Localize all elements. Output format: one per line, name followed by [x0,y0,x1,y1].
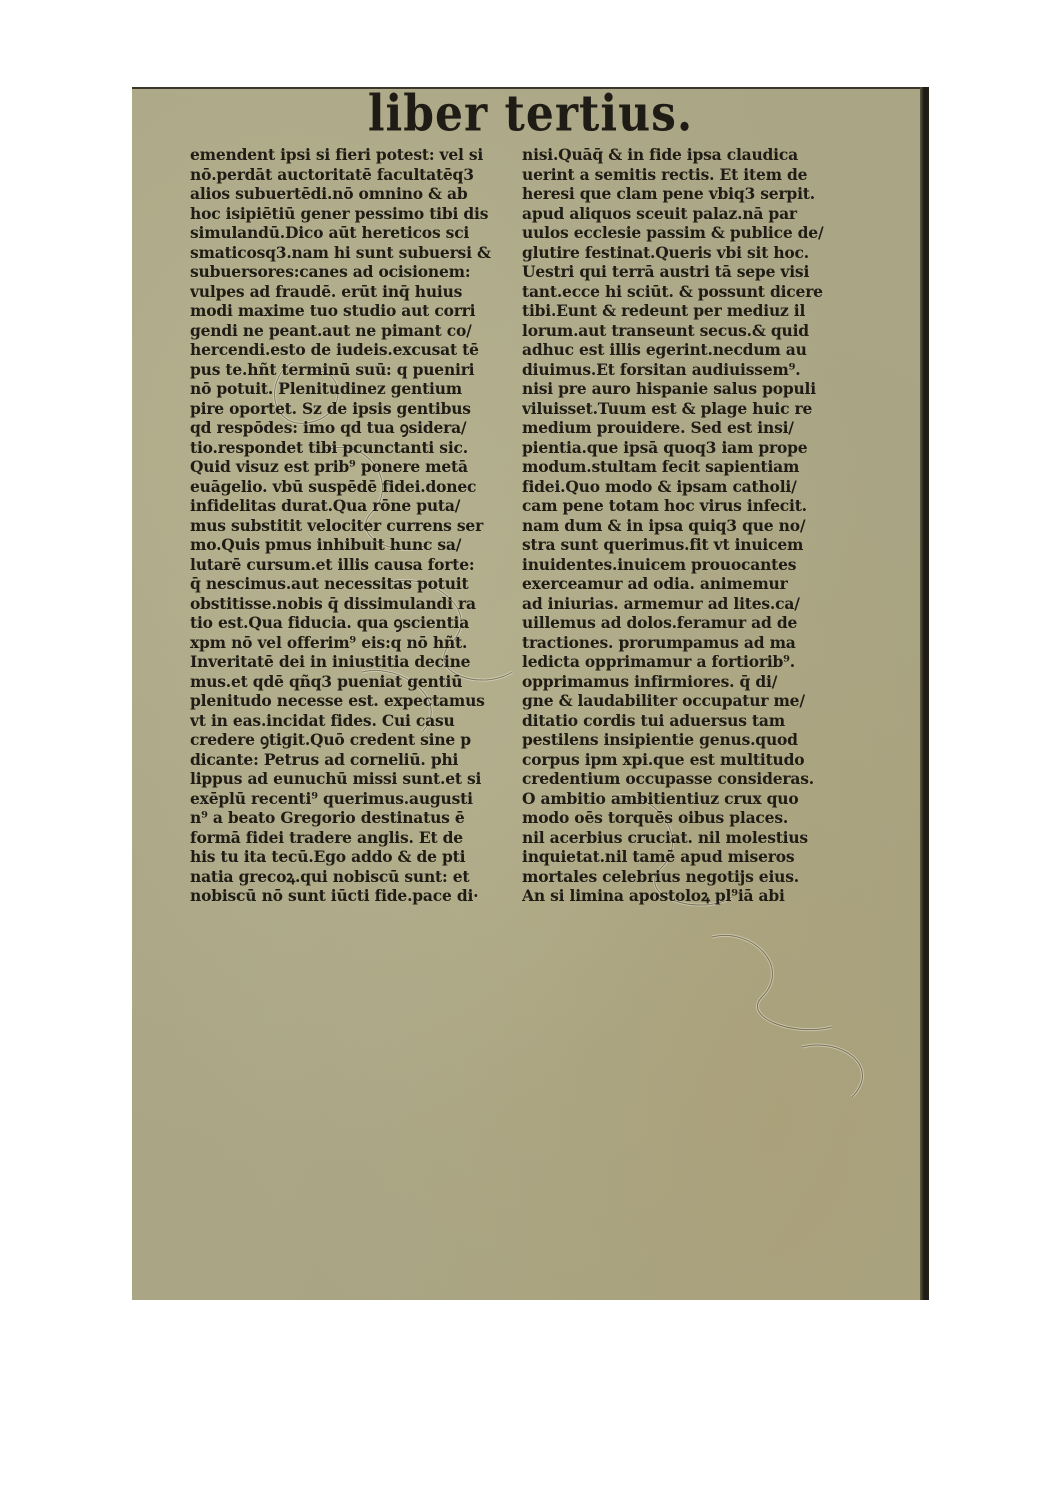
text-line: lorum.aut transeunt secus.& quid [522,321,852,341]
text-line: formā fidei tradere anglis. Et de [190,828,520,848]
text-line: obstitisse.nobis q̄ dissimulandi ra [190,594,520,614]
text-line: modo oēs torquēs oibus places. [522,808,852,828]
text-line: tractiones. prorumpamus ad ma [522,633,852,653]
text-line: euāgelio. vbū suspēdē fidei.donec [190,477,520,497]
text-line: simulandū.Dico aūt hereticos sci [190,223,520,243]
text-line: pire oportet. Sz de ipsis gentibus [190,399,520,419]
text-line: ditatio cordis tui aduersus tam [522,711,852,731]
text-line: n⁹ a beato Gregorio destinatus ē [190,808,520,828]
text-line: modi maxime tuo studio aut corri [190,301,520,321]
text-line: vt in eas.incidat fides. Cui casu [190,711,520,731]
text-line: pientia.que ipsā quoq3 iam prope [522,438,852,458]
text-line: nobiscū nō sunt iūcti fide.pace di· [190,886,520,906]
text-line: his tu ita tecū.Ego addo & de pti [190,847,520,867]
text-line: smaticosq3.nam hi sunt subuersi & [190,243,520,263]
text-line: fidei.Quo modo & ipsam catholi/ [522,477,852,497]
text-line: nam dum & in ipsa quiq3 que no/ [522,516,852,536]
text-line: apud aliquos sceuit palaz.nā par [522,204,852,224]
text-line: viluisset.Tuum est & plage huic re [522,399,852,419]
text-line: exerceamur ad odia. animemur [522,574,852,594]
text-line: An si limina apostoloꝝ pl⁹iā abi [522,886,852,906]
text-line: mus.et qdē qñq3 pueniat gentiū [190,672,520,692]
text-line: Inveritatē dei in iniustitia decine [190,652,520,672]
text-line: plenitudo necesse est. expectamus [190,691,520,711]
text-line: lippus ad eunuchū missi sunt.et si [190,769,520,789]
running-title: liber tertius. [132,87,929,143]
text-line: hercendi.esto de iudeis.excusat tē [190,340,520,360]
text-column-left: emendent ipsi si fieri potest: vel si nō… [190,145,520,906]
text-line: nō potuit. Plenitudinez gentium [190,379,520,399]
text-line: adhuc est illis egerint.necdum au [522,340,852,360]
text-line: heresi que clam pene vbiq3 serpit. [522,184,852,204]
text-line: mortales celebrius negotijs eius. [522,867,852,887]
text-line: nisi pre auro hispanie salus populi [522,379,852,399]
text-line: vulpes ad fraudē. erūt inq̄ huius [190,282,520,302]
text-line: credere ꝯtigit.Quō credent sine p [190,730,520,750]
text-line: xpm nō vel offerim⁹ eis:q nō hñt. [190,633,520,653]
text-line: inquietat.nil tamē apud miseros [522,847,852,867]
text-line: gne & laudabiliter occupatur me/ [522,691,852,711]
page-binding-edge [920,87,929,1300]
text-line: pus te.hñt terminū suū: q pueniri [190,360,520,380]
text-column-right: nisi.Quāq̄ & in fide ipsa claudica uerin… [522,145,852,906]
text-line: modum.stultam fecit sapientiam [522,457,852,477]
text-line: uillemus ad dolos.feramur ad de [522,613,852,633]
text-line: cam pene totam hoc virus infecit. [522,496,852,516]
text-line: lutarē cursum.et illis causa forte: [190,555,520,575]
text-line: stra sunt querimus.fit vt inuicem [522,535,852,555]
text-line: Quid visuz est prib⁹ ponere metā [190,457,520,477]
text-line: credentium occupasse consideras. [522,769,852,789]
text-line: ledicta opprimamur a fortiorib⁹. [522,652,852,672]
text-line: ad iniurias. armemur ad lites.ca/ [522,594,852,614]
text-line: natia grecoꝝ.qui nobiscū sunt: et [190,867,520,887]
text-line: O ambitio ambitientiuz crux quo [522,789,852,809]
text-line: gendi ne peant.aut ne pimant co/ [190,321,520,341]
text-line: uulos ecclesie passim & publice de/ [522,223,852,243]
text-line: dicante: Petrus ad corneliū. phi [190,750,520,770]
text-line: hoc isipiētiū gener pessimo tibi dis [190,204,520,224]
text-line: qd respōdes: imo qd tua ꝯsidera/ [190,418,520,438]
text-line: inuidentes.inuicem prouocantes [522,555,852,575]
text-line: tio.respondet tibi pcunctanti sic. [190,438,520,458]
text-line: infidelitas durat.Qua rōne puta/ [190,496,520,516]
text-line: tio est.Qua fiducia. qua ꝯscientia [190,613,520,633]
text-line: nil acerbius cruciat. nil molestius [522,828,852,848]
text-line: pestilens insipientie genus.quod [522,730,852,750]
text-line: glutire festinat.Queris vbi sit hoc. [522,243,852,263]
text-line: mo.Quis pmus inhibuit hunc sa/ [190,535,520,555]
text-line: mus substitit velociter currens ser [190,516,520,536]
text-line: uerint a semitis rectis. Et item de [522,165,852,185]
text-line: alios subuertēdi.nō omnino & ab [190,184,520,204]
text-line: nō.perdāt auctoritatē facultatēq3 [190,165,520,185]
text-line: tant.ecce hi sciūt. & possunt dicere [522,282,852,302]
text-line: medium prouidere. Sed est insi/ [522,418,852,438]
text-line: subuersores:canes ad ocisionem: [190,262,520,282]
text-line: exēplū recenti⁹ querimus.augusti [190,789,520,809]
text-line: opprimamus infirmiores. q̄ di/ [522,672,852,692]
text-line: nisi.Quāq̄ & in fide ipsa claudica [522,145,852,165]
text-line: corpus ipm xpi.que est multitudo [522,750,852,770]
text-line: emendent ipsi si fieri potest: vel si [190,145,520,165]
text-line: Uestri qui terrā austri tā sepe visi [522,262,852,282]
text-line: diuimus.Et forsitan audiuissem⁹. [522,360,852,380]
text-line: q̄ nescimus.aut necessitas potuit [190,574,520,594]
scanned-book-page: liber tertius. emendent ipsi si fieri po… [132,87,929,1300]
text-line: tibi.Eunt & redeunt per mediuz il [522,301,852,321]
